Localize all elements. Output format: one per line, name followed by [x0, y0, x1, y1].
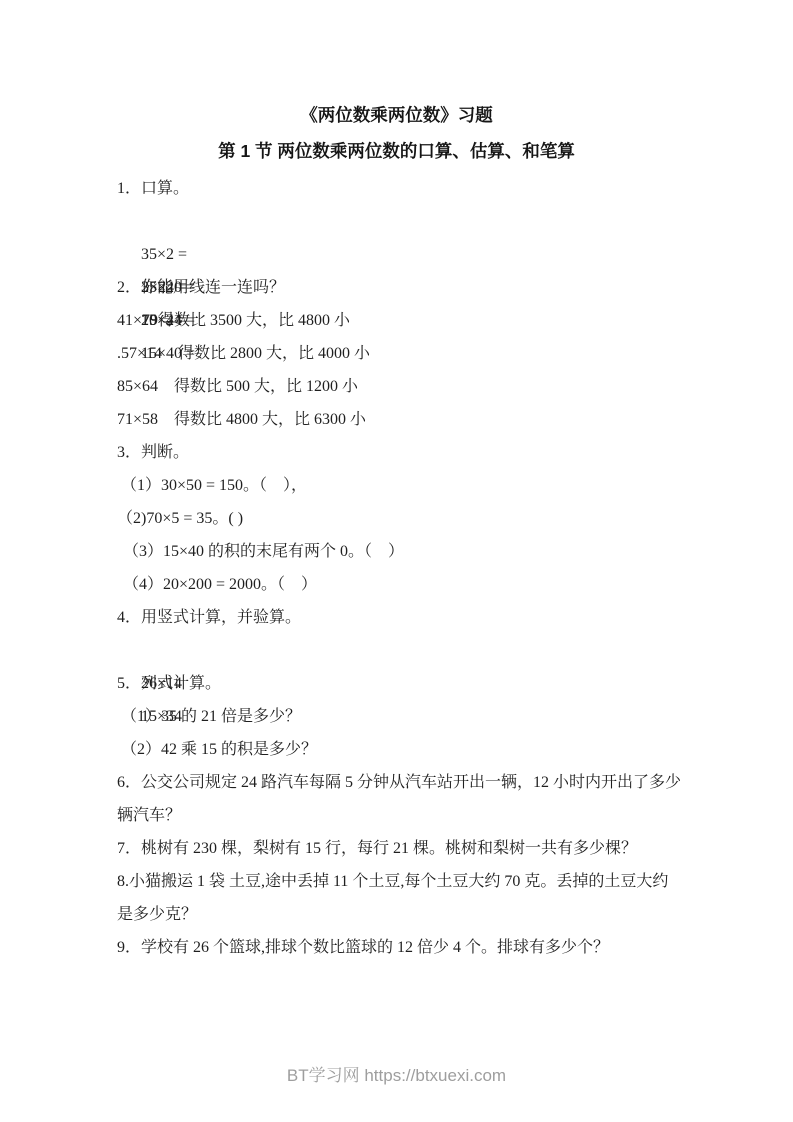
q9-text: 9．学校有 26 个篮球,排球个数比篮球的 12 倍少 4 个。排球有多少个？ [117, 931, 683, 964]
q8-text-line1: 8.小猫搬运 1 袋 土豆,途中丢掉 11 个土豆,每个土豆大约 70 克。丢掉… [117, 865, 683, 898]
footer-site-link: BT学习网 https://btxuexi.com [0, 1061, 793, 1086]
page-title: 《两位数乘两位数》习题 [0, 97, 793, 133]
q6-text-line1: 6．公交公司规定 24 路汽车每隔 5 分钟从汽车站开出一辆，12 小时内开出了… [117, 766, 683, 799]
q5-heading: 5．列式计算。 [117, 667, 683, 700]
worksheet-page: 《两位数乘两位数》习题 第 1 节 两位数乘两位数的口算、估算、和笔算 1．口算… [0, 0, 793, 1122]
q1-heading: 1．口算。 [117, 172, 683, 205]
worksheet-body: 1．口算。 35×2 = 2×24 = 15×4 = 35×20 = 20×24… [0, 169, 793, 964]
q1-row1: 35×2 = 2×24 = 15×4 = [117, 205, 683, 238]
q7-text: 7．桃树有 230 棵，梨树有 15 行，每行 21 棵。桃树和梨树一共有多少棵… [117, 832, 683, 865]
section-heading: 第 1 节 两位数乘两位数的口算、估算、和笔算 [0, 133, 793, 169]
q3-item: （1）30×50 = 150。（ ）， [117, 469, 683, 502]
q4-heading: 4．用竖式计算，并验算。 [117, 601, 683, 634]
q2-heading: 2．你能用线连一连吗？ [117, 271, 683, 304]
q5-item: （2）42 乘 15 的积是多少？ [117, 733, 683, 766]
q2-match-row: .57×14 得数比 2800 大，比 4000 小 [117, 337, 683, 370]
q6-text-line2: 辆汽车？ [117, 799, 683, 832]
q2-match-row: 41×79得数比 3500 大，比 4800 小 [117, 304, 683, 337]
q3-heading: 3．判断。 [117, 436, 683, 469]
q4-expressions: 26×14 15×34 [117, 634, 683, 667]
q3-item: （4）20×200 = 2000。（ ） [117, 568, 683, 601]
q3-item: （3）15×40 的积的末尾有两个 0。（ ） [117, 535, 683, 568]
q2-match-row: 71×58 得数比 4800 大，比 6300 小 [117, 403, 683, 436]
q2-match-row: 85×64 得数比 500 大，比 1200 小 [117, 370, 683, 403]
math-expression: 35×2 = [141, 238, 238, 271]
q8-text-line2: 是多少克？ [117, 898, 683, 931]
q3-item: （2)70×5 = 35。( ) [117, 502, 683, 535]
q5-item: （1）35 的 21 倍是多少？ [117, 700, 683, 733]
